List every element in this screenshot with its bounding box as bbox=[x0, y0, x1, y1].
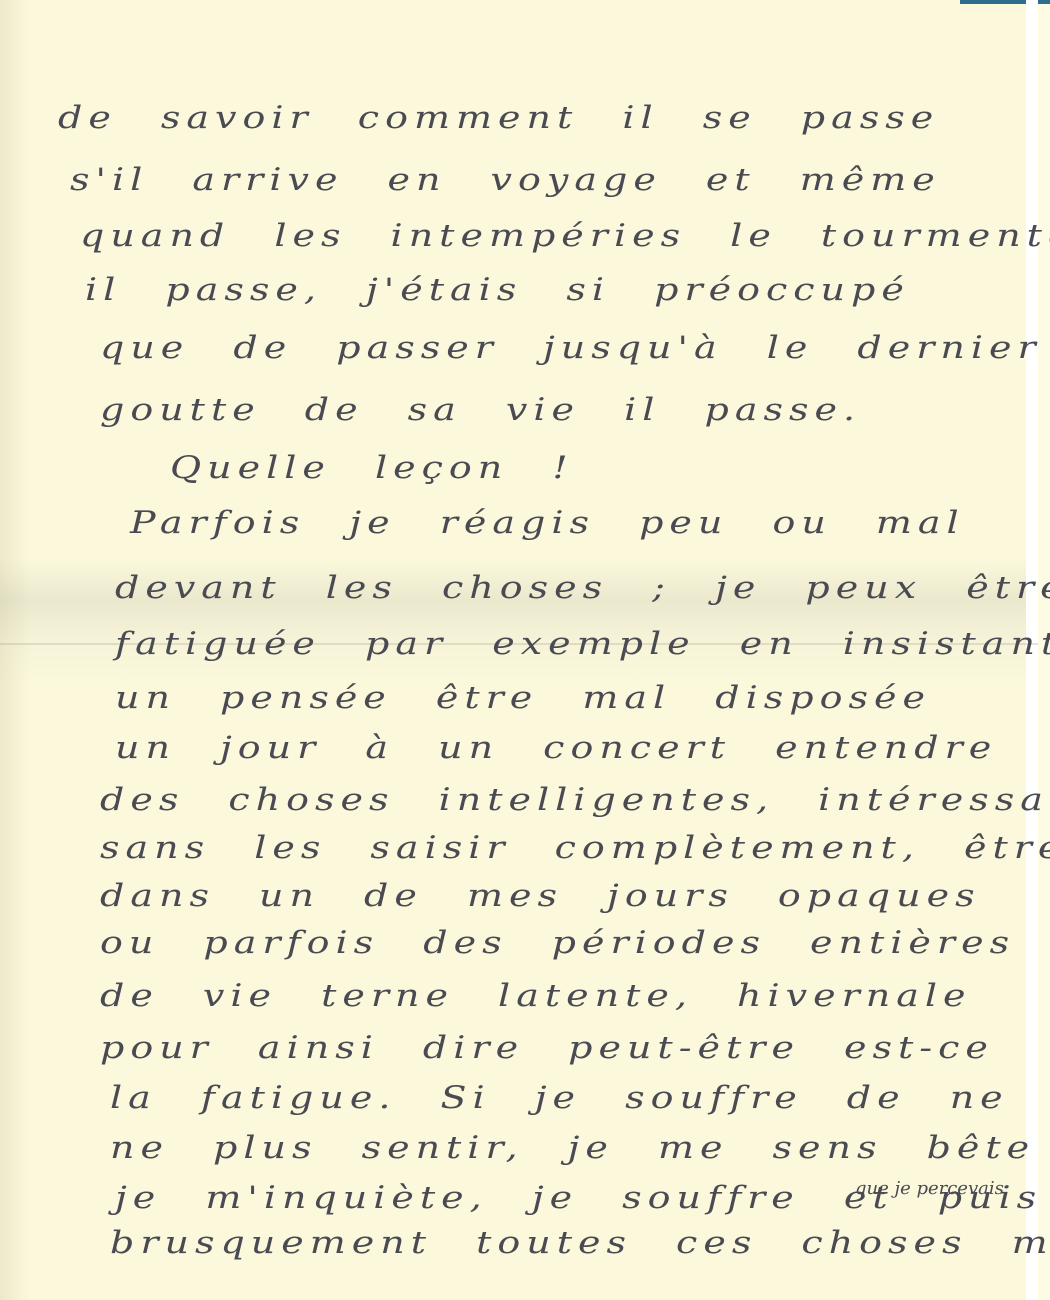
handwritten-line: un jour à un concert entendre bbox=[115, 730, 997, 765]
handwritten-line: des choses intelligentes, intéressantes bbox=[100, 782, 1050, 817]
handwritten-line: il passe, j'étais si préoccupé bbox=[85, 272, 910, 307]
handwritten-line: de savoir comment il se passe bbox=[58, 100, 939, 135]
letter-page: de savoir comment il se passes'il arrive… bbox=[0, 0, 1038, 1300]
handwritten-line: fatiguée par exemple en insistant bbox=[115, 626, 1050, 661]
handwritten-line: que de passer jusqu'à le dernier bbox=[100, 330, 1042, 365]
interlinear-note: que je percevais bbox=[855, 1178, 1004, 1199]
handwritten-line: quand les intempéries le tourmentent bbox=[80, 218, 1050, 253]
handwritten-line: devant les choses ; je peux être bbox=[115, 570, 1050, 605]
handwritten-line: Parfois je réagis peu ou mal bbox=[130, 505, 965, 540]
handwritten-line: un pensée être mal disposée bbox=[115, 680, 931, 715]
handwritten-line: la fatigue. Si je souffre de ne bbox=[110, 1080, 1009, 1115]
handwritten-line: dans un de mes jours opaques bbox=[100, 878, 981, 913]
handwritten-line: sans les saisir complètement, être bbox=[100, 830, 1050, 865]
handwritten-line: Quelle leçon ! bbox=[170, 450, 574, 485]
handwritten-line: s'il arrive en voyage et même bbox=[70, 162, 941, 197]
handwritten-line: brusquement toutes ces choses mal bbox=[110, 1225, 1050, 1260]
handwritten-line: de vie terne latente, hivernale bbox=[100, 978, 972, 1013]
handwritten-line: pour ainsi dire peut-être est-ce bbox=[100, 1030, 994, 1065]
handwritten-line: ne plus sentir, je me sens bête bbox=[110, 1130, 1035, 1165]
handwritten-line: ou parfois des périodes entières bbox=[100, 925, 1015, 960]
handwritten-line: goutte de sa vie il passe. bbox=[100, 392, 861, 427]
